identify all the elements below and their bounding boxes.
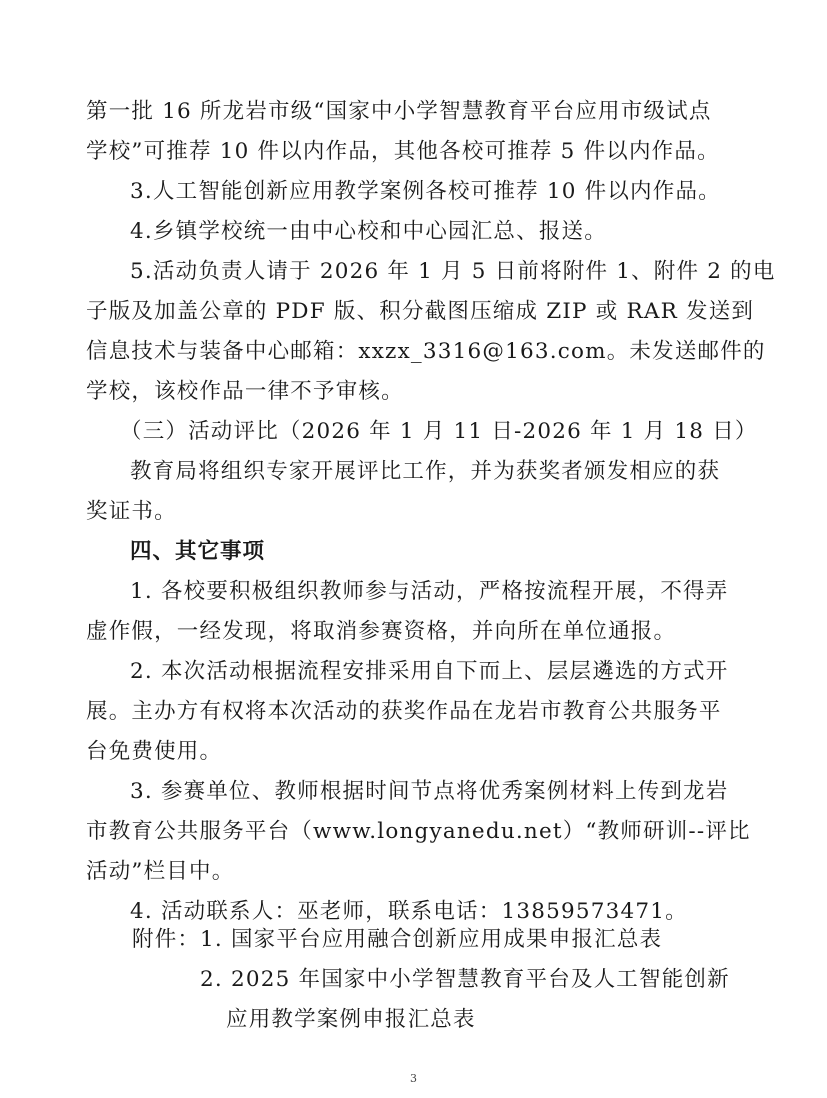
page-number: 3 <box>0 1072 827 1085</box>
paragraph-line: 子版及加盖公章的 PDF 版、积分截图压缩成 ZIP 或 RAR 发送到 <box>86 297 746 327</box>
list-item-1: 1. 各校要积极组织教师参与活动，严格按流程开展，不得弄 <box>130 577 790 607</box>
list-item-3b: 3. 参赛单位、教师根据时间节点将优秀案例材料上传到龙岩 <box>130 777 790 807</box>
section-heading-other-matters: 四、其它事项 <box>130 537 790 567</box>
attachment-item-2: 2. 2025 年国家中小学智慧教育平台及人工智能创新 <box>200 965 827 995</box>
section-heading-evaluation: （三）活动评比（2026 年 1 月 11 日-2026 年 1 月 18 日） <box>120 417 780 447</box>
attachment-item-1: 1. 国家平台应用融合创新应用成果申报汇总表 <box>200 925 827 955</box>
paragraph-line: 教育局将组织专家开展评比工作，并为获奖者颁发相应的获 <box>130 457 790 487</box>
paragraph-line: 展。主办方有权将本次活动的获奖作品在龙岩市教育公共服务平 <box>86 697 746 727</box>
list-item-3: 3.人工智能创新应用教学案例各校可推荐 10 件以内作品。 <box>130 177 790 207</box>
paragraph-line: 活动”栏目中。 <box>86 857 746 887</box>
paragraph-line: 台免费使用。 <box>86 737 746 767</box>
paragraph-line: 第一批 16 所龙岩市级“国家中小学智慧教育平台应用市级试点 <box>86 97 746 127</box>
list-item-2: 2. 本次活动根据流程安排采用自下而上、层层遴选的方式开 <box>130 657 790 687</box>
email-line: 信息技术与装备中心邮箱：xxzx_3316@163.com。未发送邮件的 <box>86 337 746 367</box>
contact-line: 4. 活动联系人：巫老师，联系电话：13859573471。 <box>130 897 790 927</box>
paragraph-line: 学校，该校作品一律不予审核。 <box>86 377 746 407</box>
list-item-5: 5.活动负责人请于 2026 年 1 月 5 日前将附件 1、附件 2 的电 <box>130 257 790 287</box>
paragraph-line: 学校”可推荐 10 件以内作品，其他各校可推荐 5 件以内作品。 <box>86 137 746 167</box>
document-page: 第一批 16 所龙岩市级“国家中小学智慧教育平台应用市级试点 学校”可推荐 10… <box>0 0 827 1098</box>
list-item-4: 4.乡镇学校统一由中心校和中心园汇总、报送。 <box>130 217 790 247</box>
attachment-item-2-continued: 应用教学案例申报汇总表 <box>226 1005 827 1035</box>
paragraph-line: 奖证书。 <box>86 497 746 527</box>
url-line: 市教育公共服务平台（www.longyanedu.net）“教师研训--评比 <box>86 817 746 847</box>
paragraph-line: 虚作假，一经发现，将取消参赛资格，并向所在单位通报。 <box>86 617 746 647</box>
